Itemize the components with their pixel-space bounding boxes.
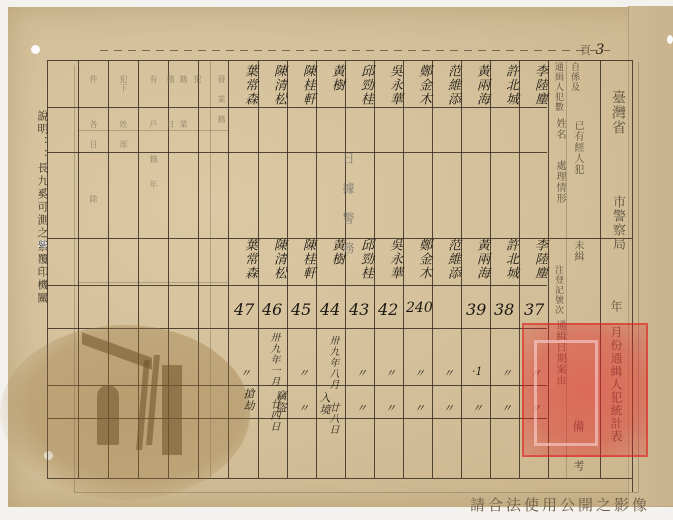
column-divider <box>345 60 346 478</box>
seal-inner-characters <box>534 340 598 446</box>
name-entry: 黃兩海 <box>472 238 491 280</box>
header-label: 自係及 <box>568 62 581 92</box>
printed-label: 籍 <box>165 75 176 84</box>
name-entry: 陳桂軒 <box>298 238 317 280</box>
ditto-mark: 〃 <box>240 365 251 381</box>
printed-label: 業 <box>178 120 189 129</box>
ditto-mark: 〃 <box>501 365 512 381</box>
name-entry: 鄭金木 <box>414 238 433 280</box>
name-entry: 黃樹 <box>327 64 346 92</box>
explanation-note: 說明：：長九奚可測之紫覆印機關 <box>34 110 50 305</box>
row-divider <box>78 282 228 283</box>
printed-label: 年 <box>148 180 159 189</box>
row-divider <box>47 152 547 153</box>
ditto-mark: 〃 <box>414 365 425 381</box>
name-entry: 許北城 <box>501 64 520 106</box>
printed-label: 有 <box>148 75 159 84</box>
header-label: 通緝人犯數 <box>552 62 565 112</box>
ditto-mark: 〃 <box>298 400 309 416</box>
official-red-seal <box>522 323 648 457</box>
name-entry: 邱勁桂 <box>356 64 375 106</box>
name-entry: 黃兩海 <box>472 64 491 106</box>
printed-label: 姓 <box>118 120 129 129</box>
ditto-mark: 〃 <box>356 365 367 381</box>
row-divider <box>78 130 228 131</box>
keyhole-logo-icon <box>97 385 119 445</box>
ditto-mark: 〃 <box>443 400 454 416</box>
header-label: 已有經人犯 <box>570 120 585 175</box>
serial-number: 37 <box>524 300 544 319</box>
name-entry: 黃樹 <box>327 238 346 266</box>
name-entry: 葉常森 <box>240 64 259 106</box>
name-entry: 陳清松 <box>269 64 288 106</box>
printed-label: 籍 <box>178 75 189 84</box>
printed-label: 各 <box>88 120 99 129</box>
ditto-mark: ·1 <box>472 365 483 378</box>
book-logo-icon <box>162 365 182 455</box>
header-label: 注登記號次 <box>552 265 565 315</box>
name-entry: 邱勁桂 <box>356 238 375 280</box>
serial-number: 44 <box>320 300 340 319</box>
ditto-mark: 〃 <box>356 400 367 416</box>
usage-notice: 請合法使用公開之影像 <box>470 494 650 515</box>
name-entry: 許北城 <box>501 238 520 280</box>
date-entry: 卅九年一月 廿四日 <box>266 332 281 432</box>
date-entry: 卅九年八月 廿八日 <box>325 335 340 435</box>
ditto-mark: 〃 <box>501 400 512 416</box>
ditto-mark: 〃 <box>385 400 396 416</box>
ditto-mark: 〃 <box>443 365 454 381</box>
name-entry: 范維添 <box>443 238 462 280</box>
case-entry: 搶劫 <box>240 388 256 412</box>
printed-label: 籍 <box>216 115 227 124</box>
name-entry: 李陸塵 <box>530 238 549 280</box>
row-divider <box>47 107 547 108</box>
name-entry: 陳桂軒 <box>298 64 317 106</box>
case-entry: 入境 <box>316 392 332 416</box>
serial-number: 240 <box>406 300 433 316</box>
header-label: 姓名 <box>552 118 567 140</box>
printed-label: 發 <box>216 75 227 84</box>
row-divider <box>47 285 547 286</box>
serial-number: 39 <box>466 300 486 319</box>
printed-label: 除 <box>88 195 99 204</box>
name-entry: 吳永華 <box>385 64 404 106</box>
name-entry: 范維添 <box>443 64 462 106</box>
name-entry: 吳永華 <box>385 238 404 280</box>
printed-label: 目 <box>88 140 99 149</box>
printed-label: 籍 <box>148 155 159 164</box>
name-entry: 葉常森 <box>240 238 259 280</box>
ditto-mark: 〃 <box>414 400 425 416</box>
printed-label: 犯 <box>192 75 203 84</box>
ditto-mark: 〃 <box>472 400 483 416</box>
name-entry: 李陸塵 <box>530 64 549 106</box>
printed-label: 部 <box>118 140 129 149</box>
printed-label: 戶 <box>148 120 159 129</box>
ditto-mark: 〃 <box>385 365 396 381</box>
serial-number: 42 <box>378 300 398 319</box>
serial-number: 38 <box>494 300 514 319</box>
table-border-top <box>47 60 632 61</box>
printed-label: 日 <box>165 120 176 129</box>
bureau-title: 市警察局 <box>608 195 627 251</box>
name-entry: 陳清松 <box>269 238 288 280</box>
printed-label: 件 <box>88 75 99 84</box>
header-label: 未緝 <box>570 240 585 262</box>
name-entry: 鄭金木 <box>414 64 433 106</box>
province-title: 臺灣省 <box>608 90 628 135</box>
printed-label: 犯下 <box>118 75 129 93</box>
header-label: 考 <box>570 460 586 472</box>
serial-number: 43 <box>349 300 369 319</box>
header-label: 處理情形 <box>552 160 567 204</box>
ditto-mark: 〃 <box>298 365 309 381</box>
serial-number: 45 <box>291 300 311 319</box>
serial-number: 46 <box>262 300 282 319</box>
printed-label: 業 <box>216 95 227 104</box>
serial-number: 47 <box>234 300 254 319</box>
case-entry: 竊盜 <box>272 390 288 414</box>
